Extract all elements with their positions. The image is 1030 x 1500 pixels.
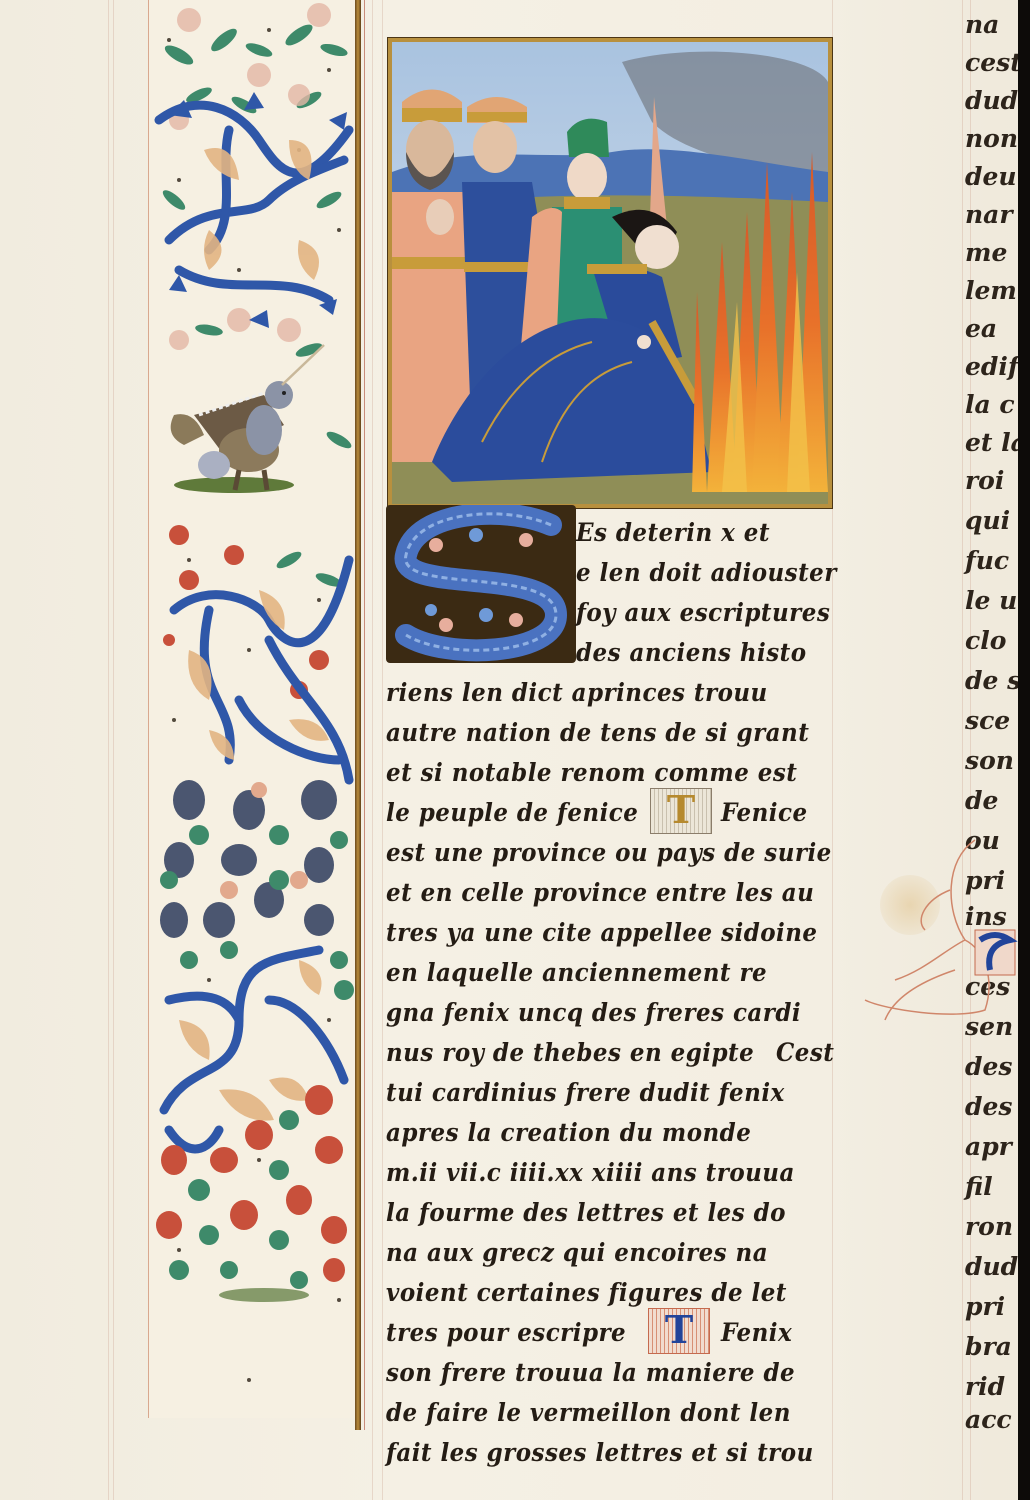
fragment: clo [965, 626, 1006, 655]
fragment: lem [965, 276, 1017, 305]
text-line: et en celle province entre les au [386, 878, 814, 907]
text-line: foy aux escriptures [576, 598, 830, 627]
fragment: nar [965, 200, 1013, 229]
fragment: fuc [965, 546, 1009, 575]
unicorn-griffin [171, 345, 324, 493]
inline-initial-T: T [650, 788, 712, 834]
text-line: des anciens histo [576, 638, 807, 667]
text-line: son frere trouua la maniere de [386, 1358, 795, 1387]
manuscript-page: S Es deterin x et e len doit adiouster f… [0, 0, 1030, 1500]
text-line: et si notable renom comme est [386, 758, 797, 787]
text-line: Cest [776, 1038, 834, 1067]
ruling-line [113, 0, 114, 1500]
fragment: deu [965, 162, 1017, 191]
fragment: roi [965, 466, 1004, 495]
text-line: fait les grosses lettres et si trou [386, 1438, 814, 1467]
fragment: ea [965, 314, 997, 343]
fragment: de [965, 786, 998, 815]
ruling-line [382, 0, 383, 1500]
ruling-line [962, 0, 963, 1500]
border-ornament [149, 0, 361, 1418]
fragment: rid [965, 1372, 1005, 1401]
fragment: de s [965, 666, 1021, 695]
text-line: voient certaines figures de let [386, 1278, 787, 1307]
fragment: non [965, 124, 1018, 153]
fragment: dud [965, 86, 1018, 115]
fragment: na [965, 10, 999, 39]
miniature-scene [392, 42, 828, 504]
fragment: qui [965, 506, 1010, 535]
text-line: autre nation de tens de si grant [386, 718, 809, 747]
border-gold-rule [355, 0, 361, 1430]
fragment: acc [965, 1405, 1012, 1434]
inline-initial-T-red: T [648, 1308, 710, 1354]
text-line: la fourme des lettres et les do [386, 1198, 786, 1227]
floral-border [148, 0, 361, 1418]
ruling-line [372, 0, 373, 1500]
miniature-painting [388, 38, 832, 508]
text-line: gna fenix uncq des freres cardi [386, 998, 801, 1027]
fragment: son [965, 746, 1014, 775]
text-line: en laquelle anciennement re [386, 958, 767, 987]
text-line: tres pour escripre [386, 1318, 626, 1347]
text-line: m.ii vii.c iiii.xx xiiii ans trouua [386, 1158, 795, 1187]
pen-flourish [855, 830, 1030, 1040]
text-line: na aux grecz qui encoires na [386, 1238, 768, 1267]
text-line: riens len dict aprinces trouu [386, 678, 768, 707]
text-line: Fenice [721, 798, 808, 827]
text-line: de faire le vermeillon dont len [386, 1398, 791, 1427]
scan-edge [1018, 0, 1030, 1500]
border-red-rule [364, 0, 365, 1430]
fragment: des [965, 1092, 1012, 1121]
fragment: la c [965, 390, 1015, 419]
ruling-line [832, 0, 833, 1500]
text-line: le peuple de fenice [386, 798, 638, 827]
text-line: tres ya une cite appellee sidoine [386, 918, 818, 947]
fragment: ron [965, 1212, 1013, 1241]
fragment: apr [965, 1132, 1012, 1161]
decorated-initial-S: S [386, 505, 576, 663]
ruling-line [108, 0, 109, 1500]
fragment: fil [965, 1172, 993, 1201]
fragment: edif [965, 352, 1019, 381]
text-line: Fenix [721, 1318, 792, 1347]
text-line: nus roy de thebes en egipte [386, 1038, 754, 1067]
fragment: des [965, 1052, 1012, 1081]
fragment: bra [965, 1332, 1012, 1361]
fragment: sce [965, 706, 1010, 735]
fragment: dud [965, 1252, 1018, 1281]
text-line: apres la creation du monde [386, 1118, 751, 1147]
fragment: le u [965, 586, 1017, 615]
text-line: est une province ou pays de surie [386, 838, 832, 867]
text-line: tui cardinius frere dudit fenix [386, 1078, 785, 1107]
fragment: me [965, 238, 1007, 267]
text-line: e len doit adiouster [576, 558, 837, 587]
fragment: pri [965, 1292, 1005, 1321]
text-line: Es deterin x et [576, 518, 770, 547]
